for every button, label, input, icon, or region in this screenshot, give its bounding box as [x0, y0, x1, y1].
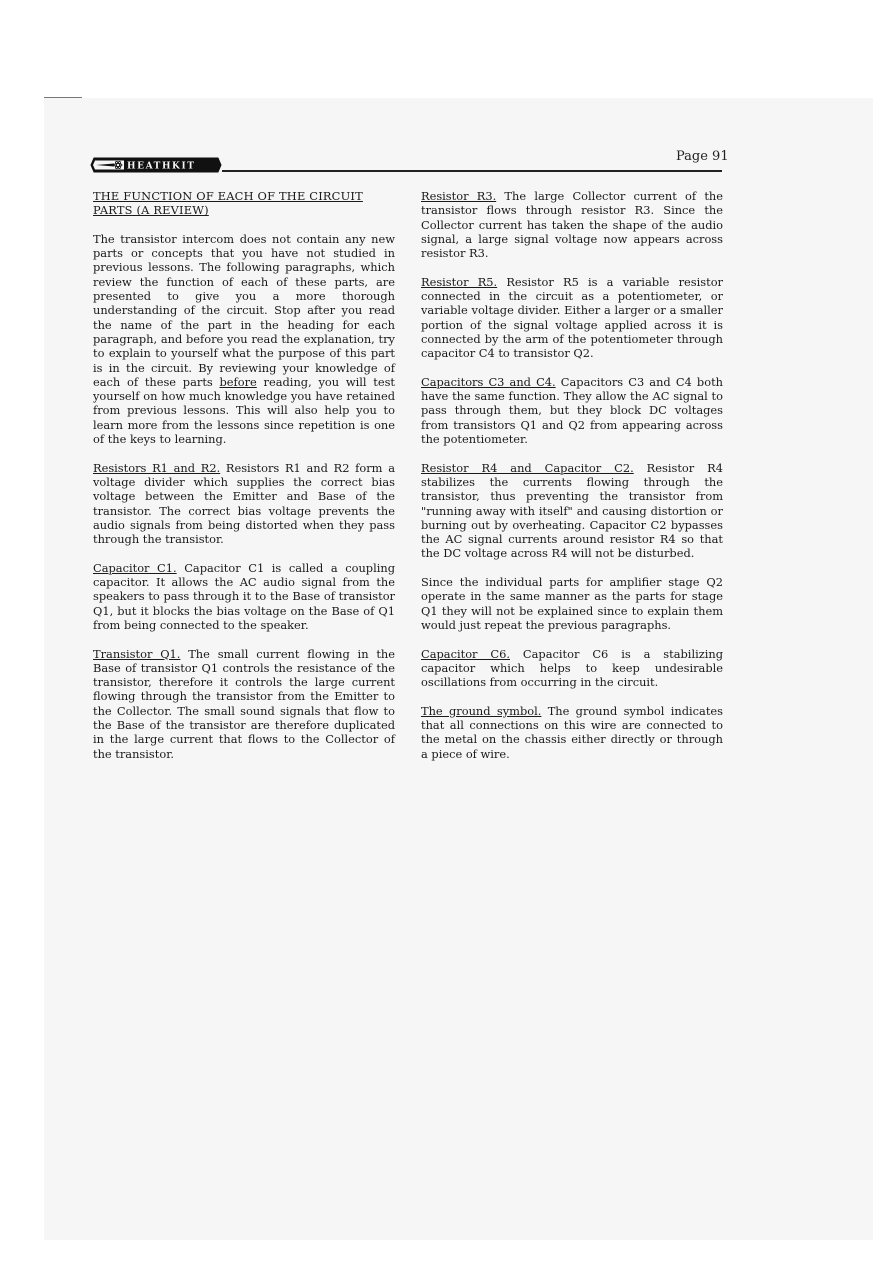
- paragraph-capacitors-c3-c4: Capacitors C3 and C4. Capacitors C3 and …: [421, 375, 723, 446]
- header-rule: [222, 170, 722, 172]
- intro-emphasis: before: [220, 375, 257, 389]
- paragraph-heading: Resistor R5.: [421, 275, 497, 289]
- intro-text: The transistor intercom does not contain…: [93, 232, 395, 389]
- paragraph-resistor-r3: Resistor R3. The large Collector current…: [421, 189, 723, 260]
- right-column: Resistor R3. The large Collector current…: [421, 189, 723, 775]
- intro-paragraph: The transistor intercom does not contain…: [93, 232, 395, 446]
- paragraph-body: Resistor R4 stabilizes the currents flow…: [421, 461, 723, 561]
- section-title: THE FUNCTION OF EACH OF THE CIRCUIT PART…: [93, 189, 395, 218]
- paragraph-heading: The ground symbol.: [421, 704, 541, 718]
- paragraph-heading: Capacitor C1.: [93, 561, 177, 575]
- paragraph-heading: Capacitors C3 and C4.: [421, 375, 556, 389]
- scan-artifact-line: [44, 97, 82, 98]
- paragraph-body: The small current flowing in the Base of…: [93, 647, 395, 761]
- page-number: Page 91: [676, 149, 729, 164]
- paragraph-heading: Resistor R3.: [421, 189, 496, 203]
- svg-text:HEATHKIT: HEATHKIT: [127, 162, 196, 172]
- paragraph-heading: Resistor R4 and Capacitor C2.: [421, 461, 634, 475]
- paragraph-resistor-r5: Resistor R5. Resistor R5 is a variable r…: [421, 275, 723, 361]
- paragraph-stage-q2: Since the individual parts for amplifier…: [421, 575, 723, 632]
- paragraph-heading: Capacitor C6.: [421, 647, 510, 661]
- heathkit-logo: HEATHKIT: [90, 156, 222, 174]
- paragraph-transistor-q1: Transistor Q1. The small current flowing…: [93, 647, 395, 761]
- paragraph-ground-symbol: The ground symbol. The ground symbol ind…: [421, 704, 723, 761]
- left-column: THE FUNCTION OF EACH OF THE CIRCUIT PART…: [93, 189, 395, 775]
- paragraph-body: Since the individual parts for amplifier…: [421, 575, 723, 632]
- paragraph-heading: Resistors R1 and R2.: [93, 461, 220, 475]
- paragraph-resistors-r1-r2: Resistors R1 and R2. Resistors R1 and R2…: [93, 461, 395, 547]
- paragraph-resistor-r4-capacitor-c2: Resistor R4 and Capacitor C2. Resistor R…: [421, 461, 723, 561]
- paragraph-capacitor-c6: Capacitor C6. Capacitor C6 is a stabiliz…: [421, 647, 723, 690]
- paragraph-capacitor-c1: Capacitor C1. Capacitor C1 is called a c…: [93, 561, 395, 632]
- paragraph-heading: Transistor Q1.: [93, 647, 180, 661]
